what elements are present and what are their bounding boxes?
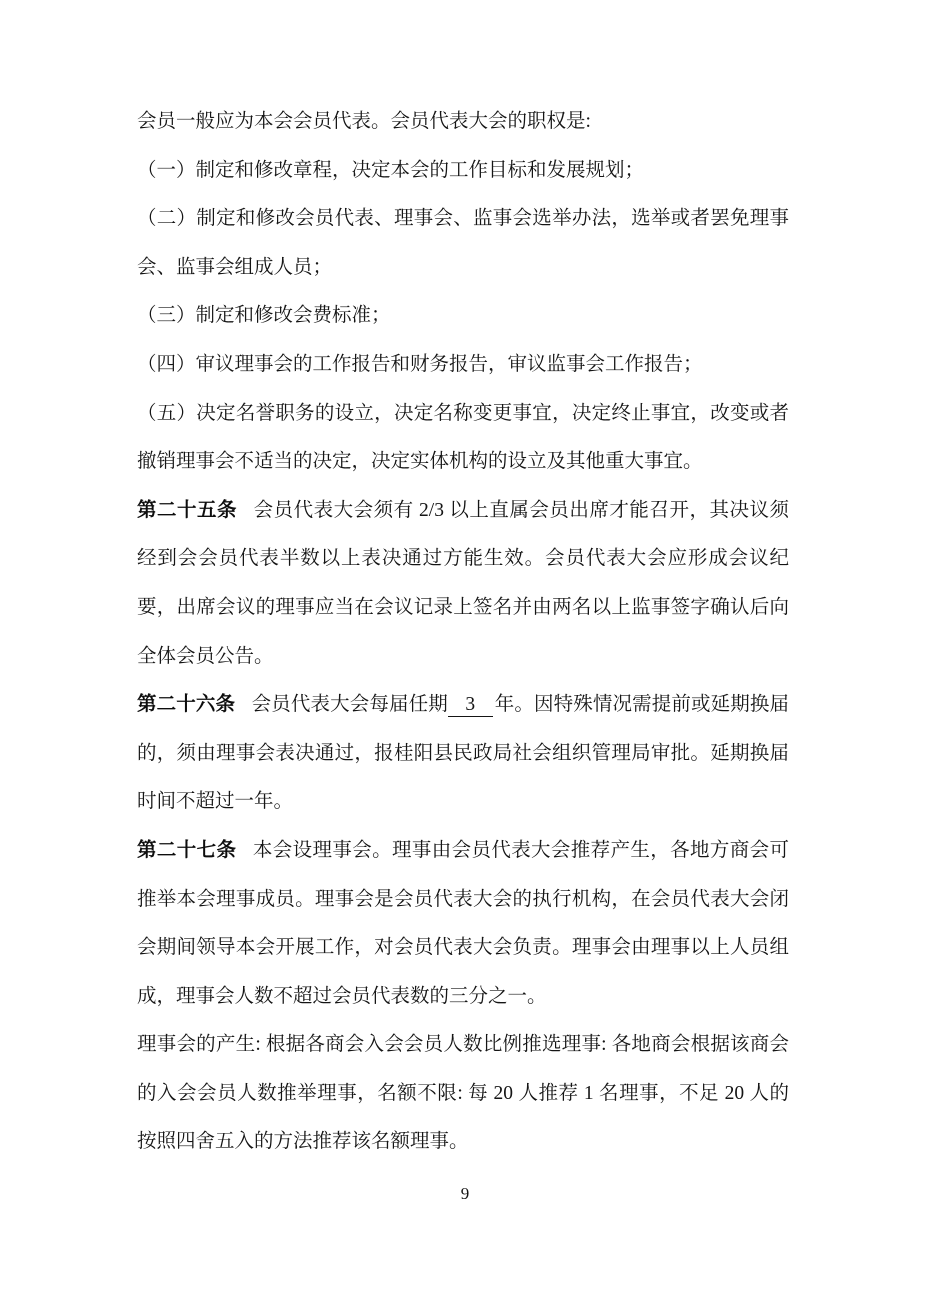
document-body: 会员一般应为本会会员代表。会员代表大会的职权是: （一）制定和修改章程，决定本会… [137, 98, 789, 1167]
article-26-text-before: 会员代表大会每届任期 [252, 694, 448, 715]
paragraph-council-formation: 理事会的产生: 根据各商会入会会员人数比例推选理事: 各地商会根据该商会的入会会… [137, 1021, 789, 1167]
paragraph-intro: 会员一般应为本会会员代表。会员代表大会的职权是: [137, 98, 789, 147]
list-item-5: （五）决定名誉职务的设立，决定名称变更事宜，决定终止事宜，改变或者撤销理事会不适… [137, 390, 789, 487]
article-25: 第二十五条会员代表大会须有 2/3 以上直属会员出席才能召开，其决议须经到会会员… [137, 487, 789, 681]
document-page: 会员一般应为本会会员代表。会员代表大会的职权是: （一）制定和修改章程，决定本会… [0, 0, 930, 1305]
article-26: 第二十六条会员代表大会每届任期3年。因特殊情况需提前或延期换届的，须由理事会表决… [137, 681, 789, 827]
list-item-3: （三）制定和修改会费标准； [137, 292, 789, 341]
list-item-2: （二）制定和修改会员代表、理事会、监事会选举办法，选举或者罢免理事会、监事会组成… [137, 195, 789, 292]
list-item-1: （一）制定和修改章程，决定本会的工作目标和发展规划； [137, 147, 789, 196]
list-item-4: （四）审议理事会的工作报告和财务报告，审议监事会工作报告； [137, 341, 789, 390]
page-number: 9 [0, 1182, 930, 1206]
article-26-number: 第二十六条 [137, 694, 235, 715]
article-25-number: 第二十五条 [137, 500, 237, 521]
article-27-number: 第二十七条 [137, 840, 236, 861]
article-27-text: 本会设理事会。理事由会员代表大会推荐产生，各地方商会可推举本会理事成员。理事会是… [137, 840, 789, 1007]
article-25-text: 会员代表大会须有 2/3 以上直属会员出席才能召开，其决议须经到会会员代表半数以… [137, 500, 789, 667]
article-27: 第二十七条本会设理事会。理事由会员代表大会推荐产生，各地方商会可推举本会理事成员… [137, 827, 789, 1021]
term-years-filled-blank: 3 [448, 694, 493, 716]
